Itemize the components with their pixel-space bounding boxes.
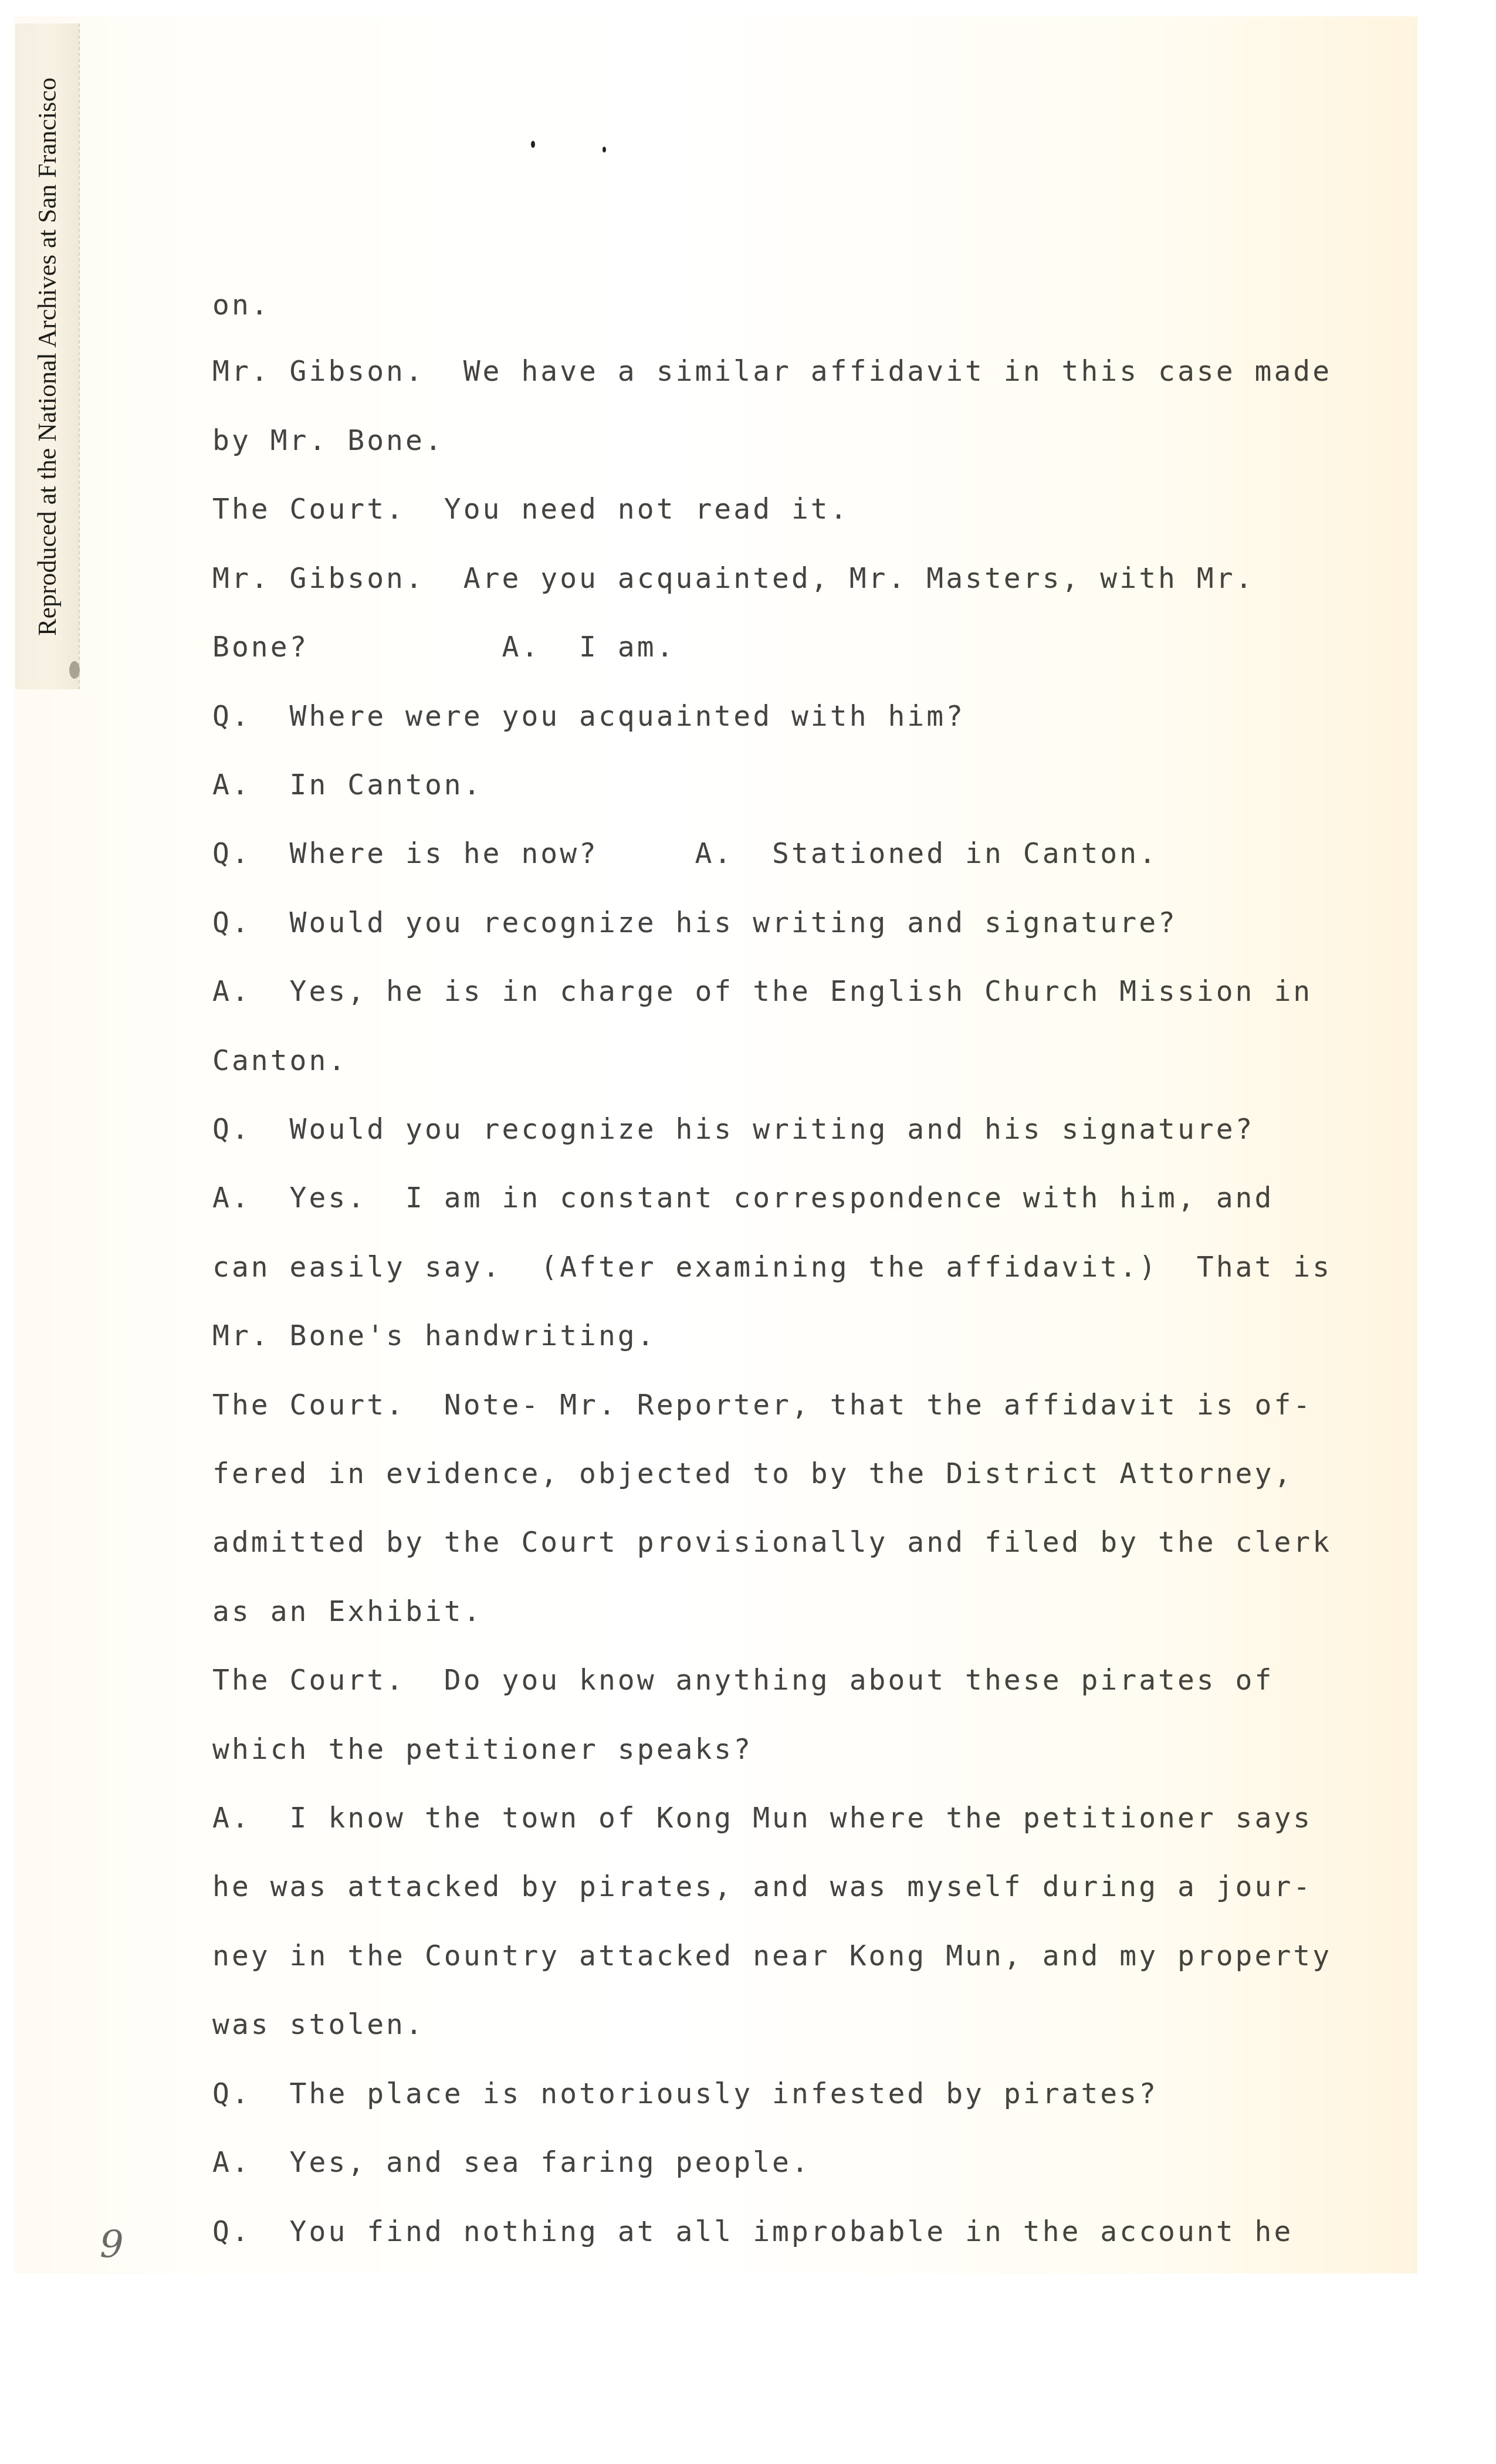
transcript-line: he was attacked by pirates, and was myse… bbox=[212, 1873, 1312, 1901]
transcript-line: fered in evidence, objected to by the Di… bbox=[212, 1460, 1293, 1488]
transcript-line: Mr. Gibson. Are you acquainted, Mr. Mast… bbox=[212, 564, 1255, 593]
tape-mark-icon bbox=[69, 661, 80, 679]
transcript-line: Mr. Gibson. We have a similar affidavit … bbox=[212, 357, 1332, 385]
archive-label-strip: Reproduced at the National Archives at S… bbox=[15, 23, 80, 689]
transcript-line: Q. The place is notoriously infested by … bbox=[212, 2080, 1158, 2108]
ink-speck-icon bbox=[603, 147, 606, 153]
transcript-line: Q. You find nothing at all improbable in… bbox=[212, 2218, 1293, 2246]
transcript-line: Q. Where is he now? A. Stationed in Cant… bbox=[212, 840, 1158, 868]
transcript-line: A. I know the town of Kong Mun where the… bbox=[212, 1804, 1312, 1832]
transcript-line: Mr. Bone's handwriting. bbox=[212, 1322, 656, 1350]
transcript-line: was stolen. bbox=[212, 2011, 425, 2039]
transcript-line: on. bbox=[212, 291, 270, 319]
transcript-line: ney in the Country attacked near Kong Mu… bbox=[212, 1942, 1332, 1970]
transcript-line: which the petitioner speaks? bbox=[212, 1735, 753, 1764]
transcript-line: The Court. Note- Mr. Reporter, that the … bbox=[212, 1391, 1312, 1419]
transcript-line: The Court. You need not read it. bbox=[212, 495, 849, 523]
transcript-line: A. Yes. I am in constant correspondence … bbox=[212, 1184, 1274, 1212]
transcript-line: Q. Would you recognize his writing and s… bbox=[212, 909, 1177, 937]
transcript-line: Q. Would you recognize his writing and h… bbox=[212, 1115, 1255, 1143]
transcript-line: Bone? A. I am. bbox=[212, 633, 676, 661]
handwritten-page-number: 9 bbox=[100, 2223, 124, 2267]
transcript-line: A. In Canton. bbox=[212, 771, 483, 799]
archive-label: Reproduced at the National Archives at S… bbox=[32, 77, 62, 636]
ink-speck-icon bbox=[531, 141, 535, 148]
transcript-line: as an Exhibit. bbox=[212, 1597, 483, 1626]
transcript-line: A. Yes, and sea faring people. bbox=[212, 2148, 811, 2177]
transcript-line: Canton. bbox=[212, 1047, 347, 1075]
transcript-line: can easily say. (After examining the aff… bbox=[212, 1253, 1332, 1281]
transcript-line: by Mr. Bone. bbox=[212, 427, 444, 455]
transcript-line: Q. Where were you acquainted with him? bbox=[212, 702, 965, 730]
transcript-line: The Court. Do you know anything about th… bbox=[212, 1666, 1274, 1694]
transcript-line: A. Yes, he is in charge of the English C… bbox=[212, 977, 1312, 1006]
transcript-line: admitted by the Court provisionally and … bbox=[212, 1528, 1332, 1556]
